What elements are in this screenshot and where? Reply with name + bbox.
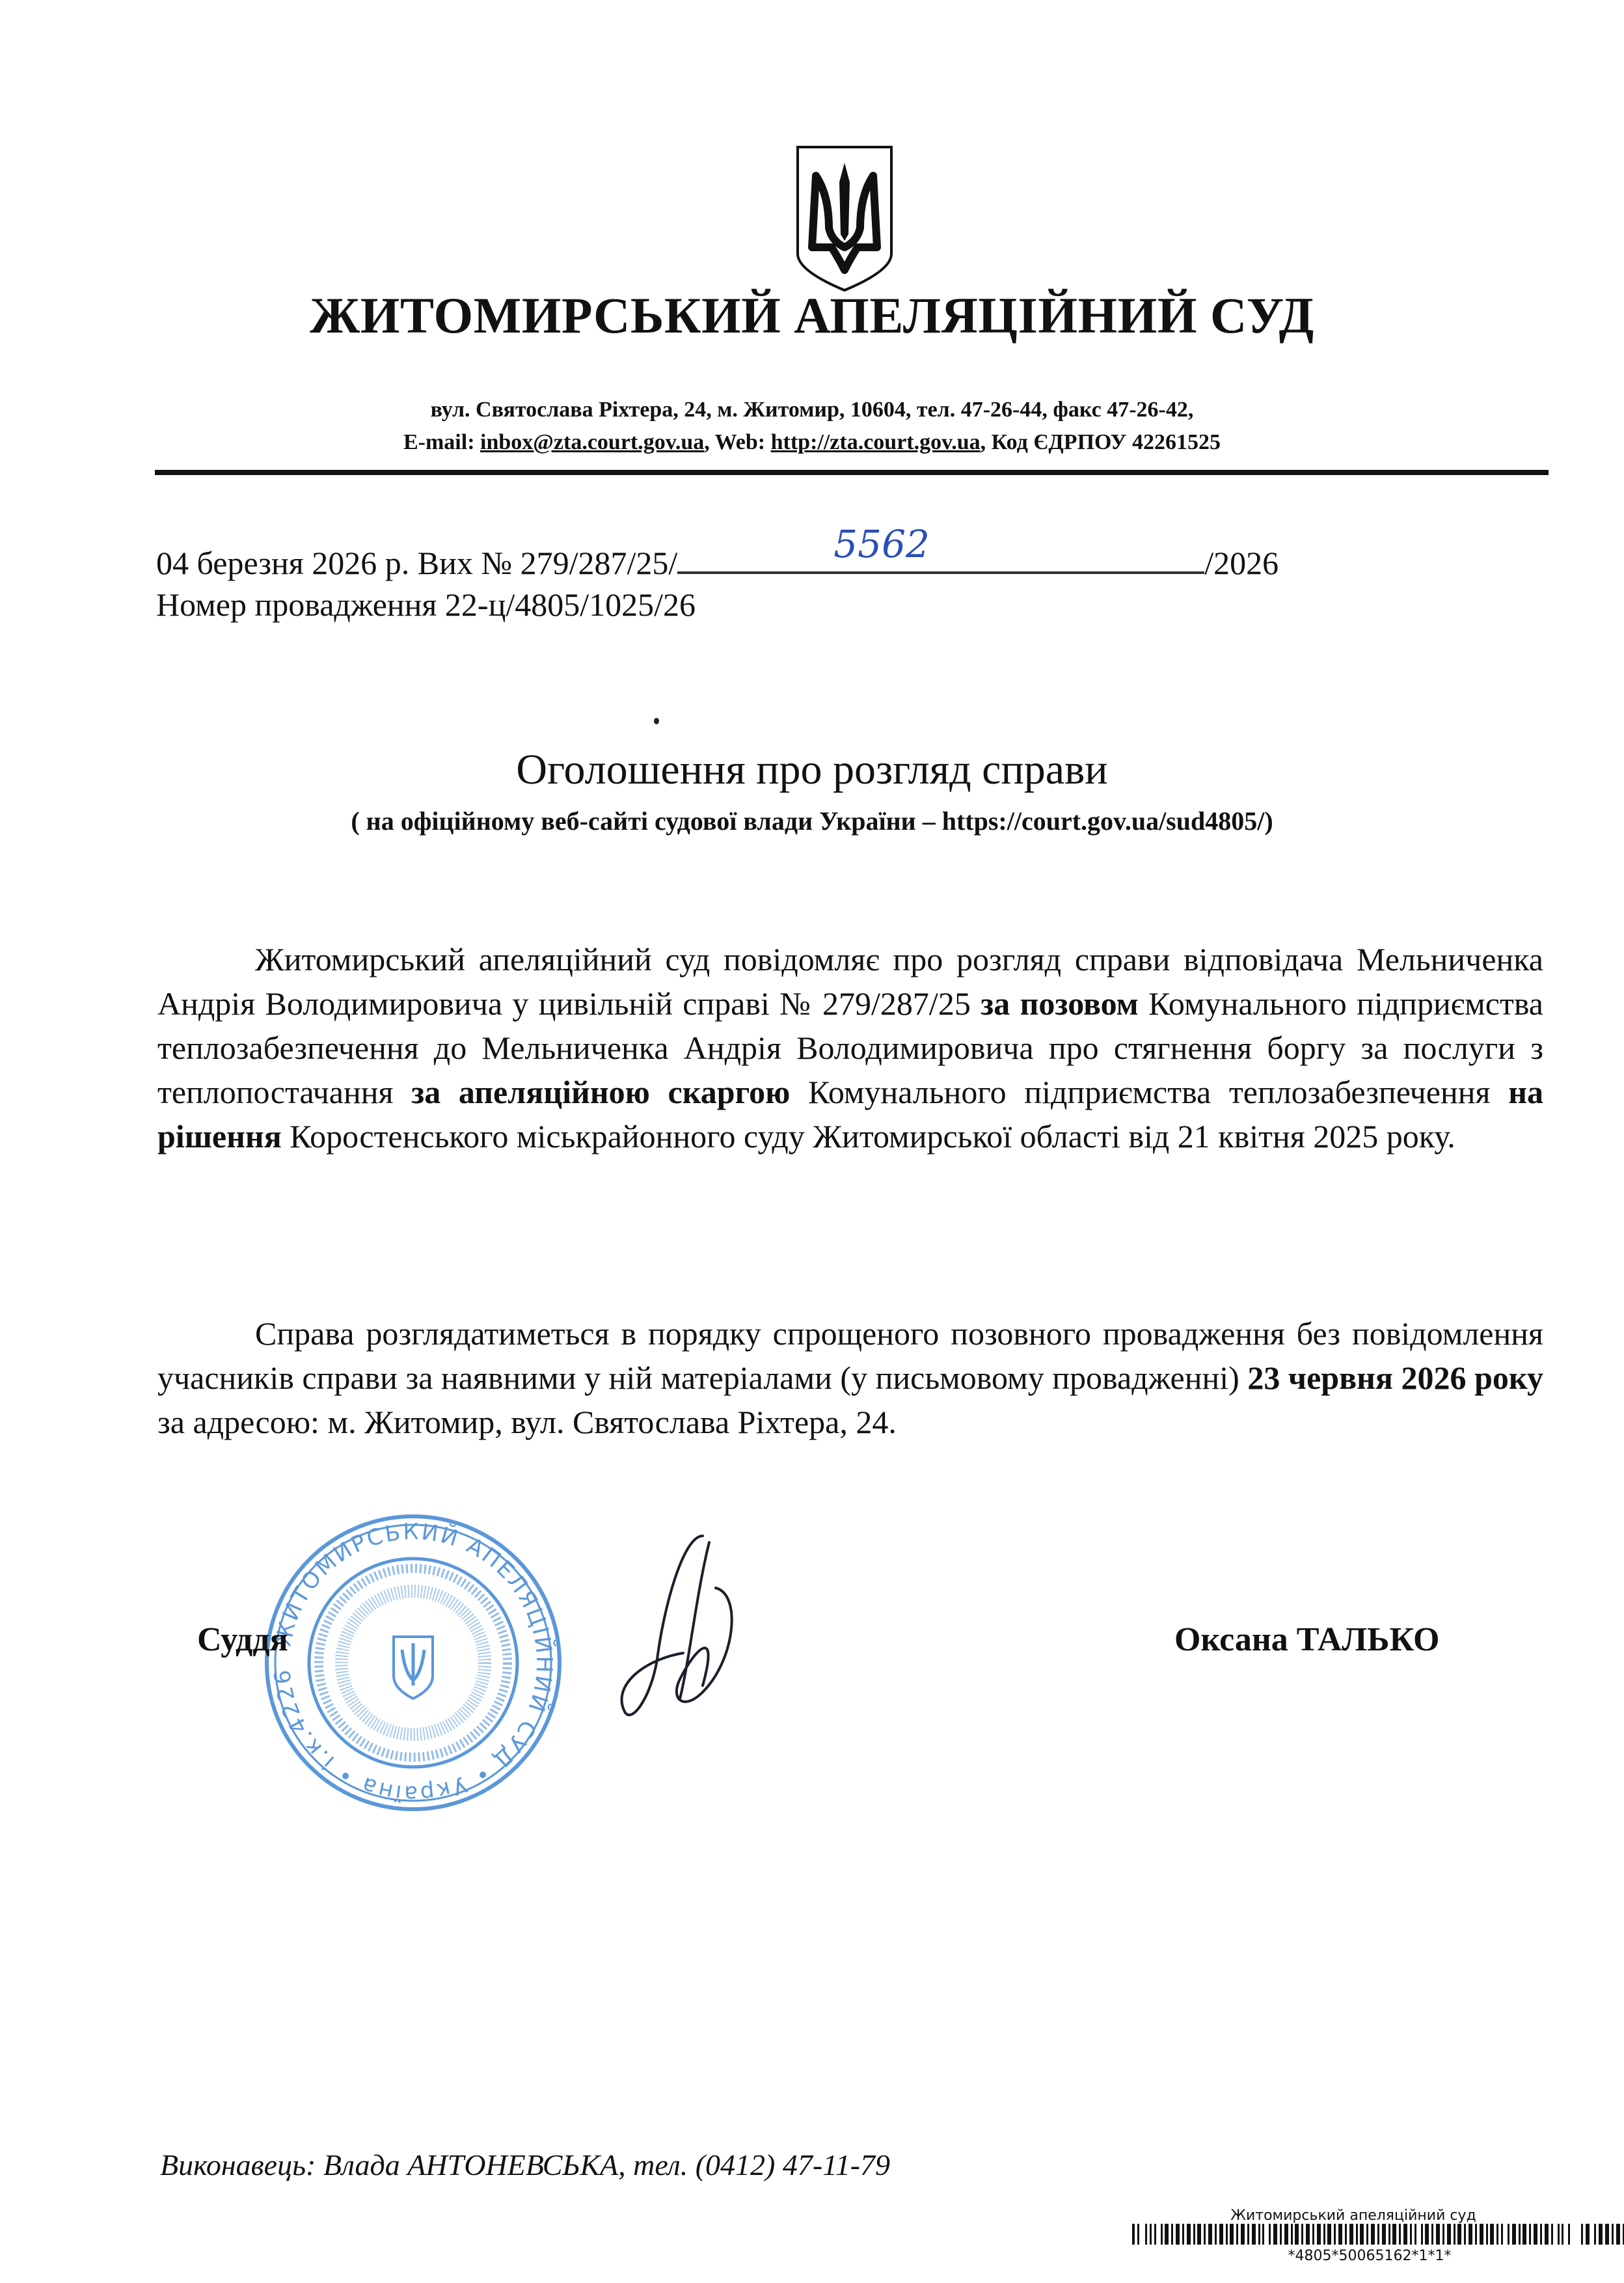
court-name: ЖИТОМИРСЬКИЙ АПЕЛЯЦІЙНИЙ СУД	[0, 286, 1624, 345]
hearing-date: 23 червня 2026 року	[1247, 1360, 1543, 1396]
executor-info: Виконавець: Влада АНТОНЕВСЬКА, тел. (041…	[160, 2148, 890, 2182]
trident-coat-of-arms-icon	[792, 143, 897, 293]
document-title: Оголошення про розгляд справи	[0, 745, 1624, 795]
judge-name: Оксана ТАЛЬКО	[1174, 1620, 1439, 1659]
handwritten-number-field: 5562	[677, 540, 1204, 574]
outgoing-number-line: 04 березня 2026 р. Вих № 279/287/25/5562…	[156, 540, 1279, 584]
court-seal-stamp: ЖИТОМИРСЬКИЙ АПЕЛЯЦІЙНИЙ СУД • Україна •…	[260, 1510, 566, 1816]
announcement-paragraph-2: Справа розглядатиметься в порядку спроще…	[157, 1311, 1543, 1444]
web-link[interactable]: http://zta.court.gov.ua	[771, 430, 981, 454]
document-barcode: Житомирський апеляційний суд *4805*50065…	[1132, 2208, 1624, 2264]
court-contacts: вул. Святослава Ріхтера, 24, м. Житомир,…	[0, 394, 1624, 459]
proceeding-number: Номер провадження 22-ц/4805/1025/26	[156, 584, 1279, 625]
handwritten-signature	[605, 1529, 755, 1738]
scan-speck	[654, 718, 659, 724]
announcement-paragraph-1: Житомирський апеляційний суд повідомляє …	[157, 937, 1543, 1158]
barcode-title: Житомирський апеляційний суд	[1080, 2208, 1624, 2224]
header-divider	[155, 470, 1549, 475]
document-subtitle: ( на офіційному веб-сайті судової влади …	[0, 806, 1624, 836]
email-link[interactable]: inbox@zta.court.gov.ua	[480, 430, 704, 454]
edrpou-code: , Код ЄДРПОУ 42261525	[981, 430, 1221, 454]
judge-label: Суддя	[197, 1620, 288, 1659]
barcode-number: *4805*50065162*1*1*	[1113, 2248, 1624, 2264]
handwritten-number: 5562	[833, 523, 930, 565]
barcode-icon	[1132, 2224, 1624, 2245]
court-email-web: E-mail: inbox@zta.court.gov.ua, Web: htt…	[0, 426, 1624, 459]
outgoing-reference: 04 березня 2026 р. Вих № 279/287/25/5562…	[156, 540, 1279, 625]
court-address: вул. Святослава Ріхтера, 24, м. Житомир,…	[0, 394, 1624, 426]
